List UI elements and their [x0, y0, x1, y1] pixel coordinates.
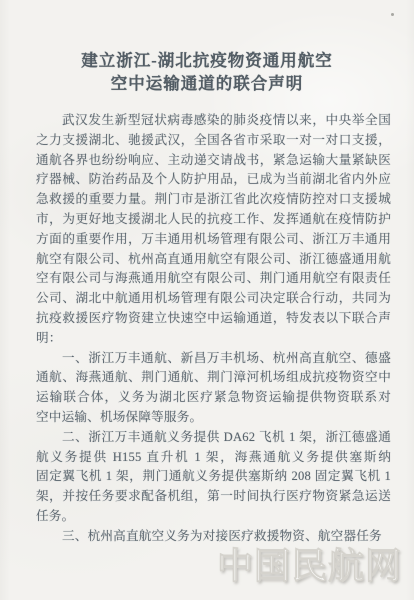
document-line: 武汉发生新型冠状病毒感染的肺炎疫情以来，中央举全国: [36, 111, 391, 131]
document-line: 架，并按任务要求配备机组，第一时间执行医疗物资紧急运送: [36, 487, 391, 507]
document-line: 疗器械、防治药品及个人防护用品，已成为当前湖北省内外应: [36, 170, 391, 190]
document-line: 市，为更好地支援湖北人民的抗疫工作、发挥通航在疫情防护: [36, 210, 391, 230]
document-line: 通航、海燕通航、荆门通航、荆门漳河机场组成抗疫物资空中: [36, 368, 391, 388]
title-line-1: 建立浙江-湖北抗疫物资通用航空: [0, 49, 414, 72]
document-line: 方面的重要作用，万丰通用机场管理有限公司、浙江万丰通用: [36, 230, 391, 250]
document-line: 明：: [36, 329, 391, 349]
document-line: 固定翼飞机 1 架，荆门通航义务提供塞斯纳 208 固定翼飞机 1: [36, 467, 391, 487]
document-line: 运输联合体，义务为湖北医疗紧急物资运输提供物资联系对接、: [36, 388, 391, 408]
document-line: 之力支援湖北、驰援武汉，全国各省市采取一对一对口支援，: [36, 131, 391, 151]
document-line: 一、浙江万丰通航、新昌万丰机场、杭州高直航空、德盛: [36, 349, 391, 369]
document-line: 空有限公司与海燕通用航空有限公司、荆门通用航空有限责任: [36, 269, 391, 289]
document-line: 二、浙江万丰通航义务提供 DA62 飞机 1 架，浙江德盛通: [36, 428, 391, 448]
document-line: 急救援的重要力量。荆门市是浙江省此次疫情防控对口支援城: [36, 190, 391, 210]
document-line: 通航各界也纷纷响应、主动递交请战书，紧急运输大量紧缺医: [36, 151, 391, 171]
document-line: 抗疫救援医疗物资建立快速空中运输通道，特发表以下联合声: [36, 309, 391, 329]
document-line: 航义务提供 H155 直升机 1 架，海燕通航义务提供塞斯纳 208EX: [36, 448, 391, 468]
scan-artifact-speck: [391, 13, 394, 16]
title-line-2: 空中运输通道的联合声明: [0, 72, 414, 95]
document-line: 航空有限公司、杭州高直通用航空有限公司、浙江德盛通用航: [36, 250, 391, 270]
document-line: 空中运输、机场保障等服务。: [36, 408, 391, 428]
document-line: 公司、湖北中航通用机场管理有限公司决定联合行动，共同为: [36, 289, 391, 309]
watermark-logo: 中国民航网: [217, 547, 402, 585]
document-body: 武汉发生新型冠状病毒感染的肺炎疫情以来，中央举全国 之力支援湖北、驰援武汉，全国…: [36, 111, 391, 547]
document-line: 三、杭州高直航空义务为对接医疗救援物资、航空器任务: [36, 527, 391, 547]
document-title: 建立浙江-湖北抗疫物资通用航空 空中运输通道的联合声明: [0, 49, 414, 95]
document-line: 任务。: [36, 507, 391, 527]
document-page: 建立浙江-湖北抗疫物资通用航空 空中运输通道的联合声明 武汉发生新型冠状病毒感染…: [0, 0, 414, 600]
